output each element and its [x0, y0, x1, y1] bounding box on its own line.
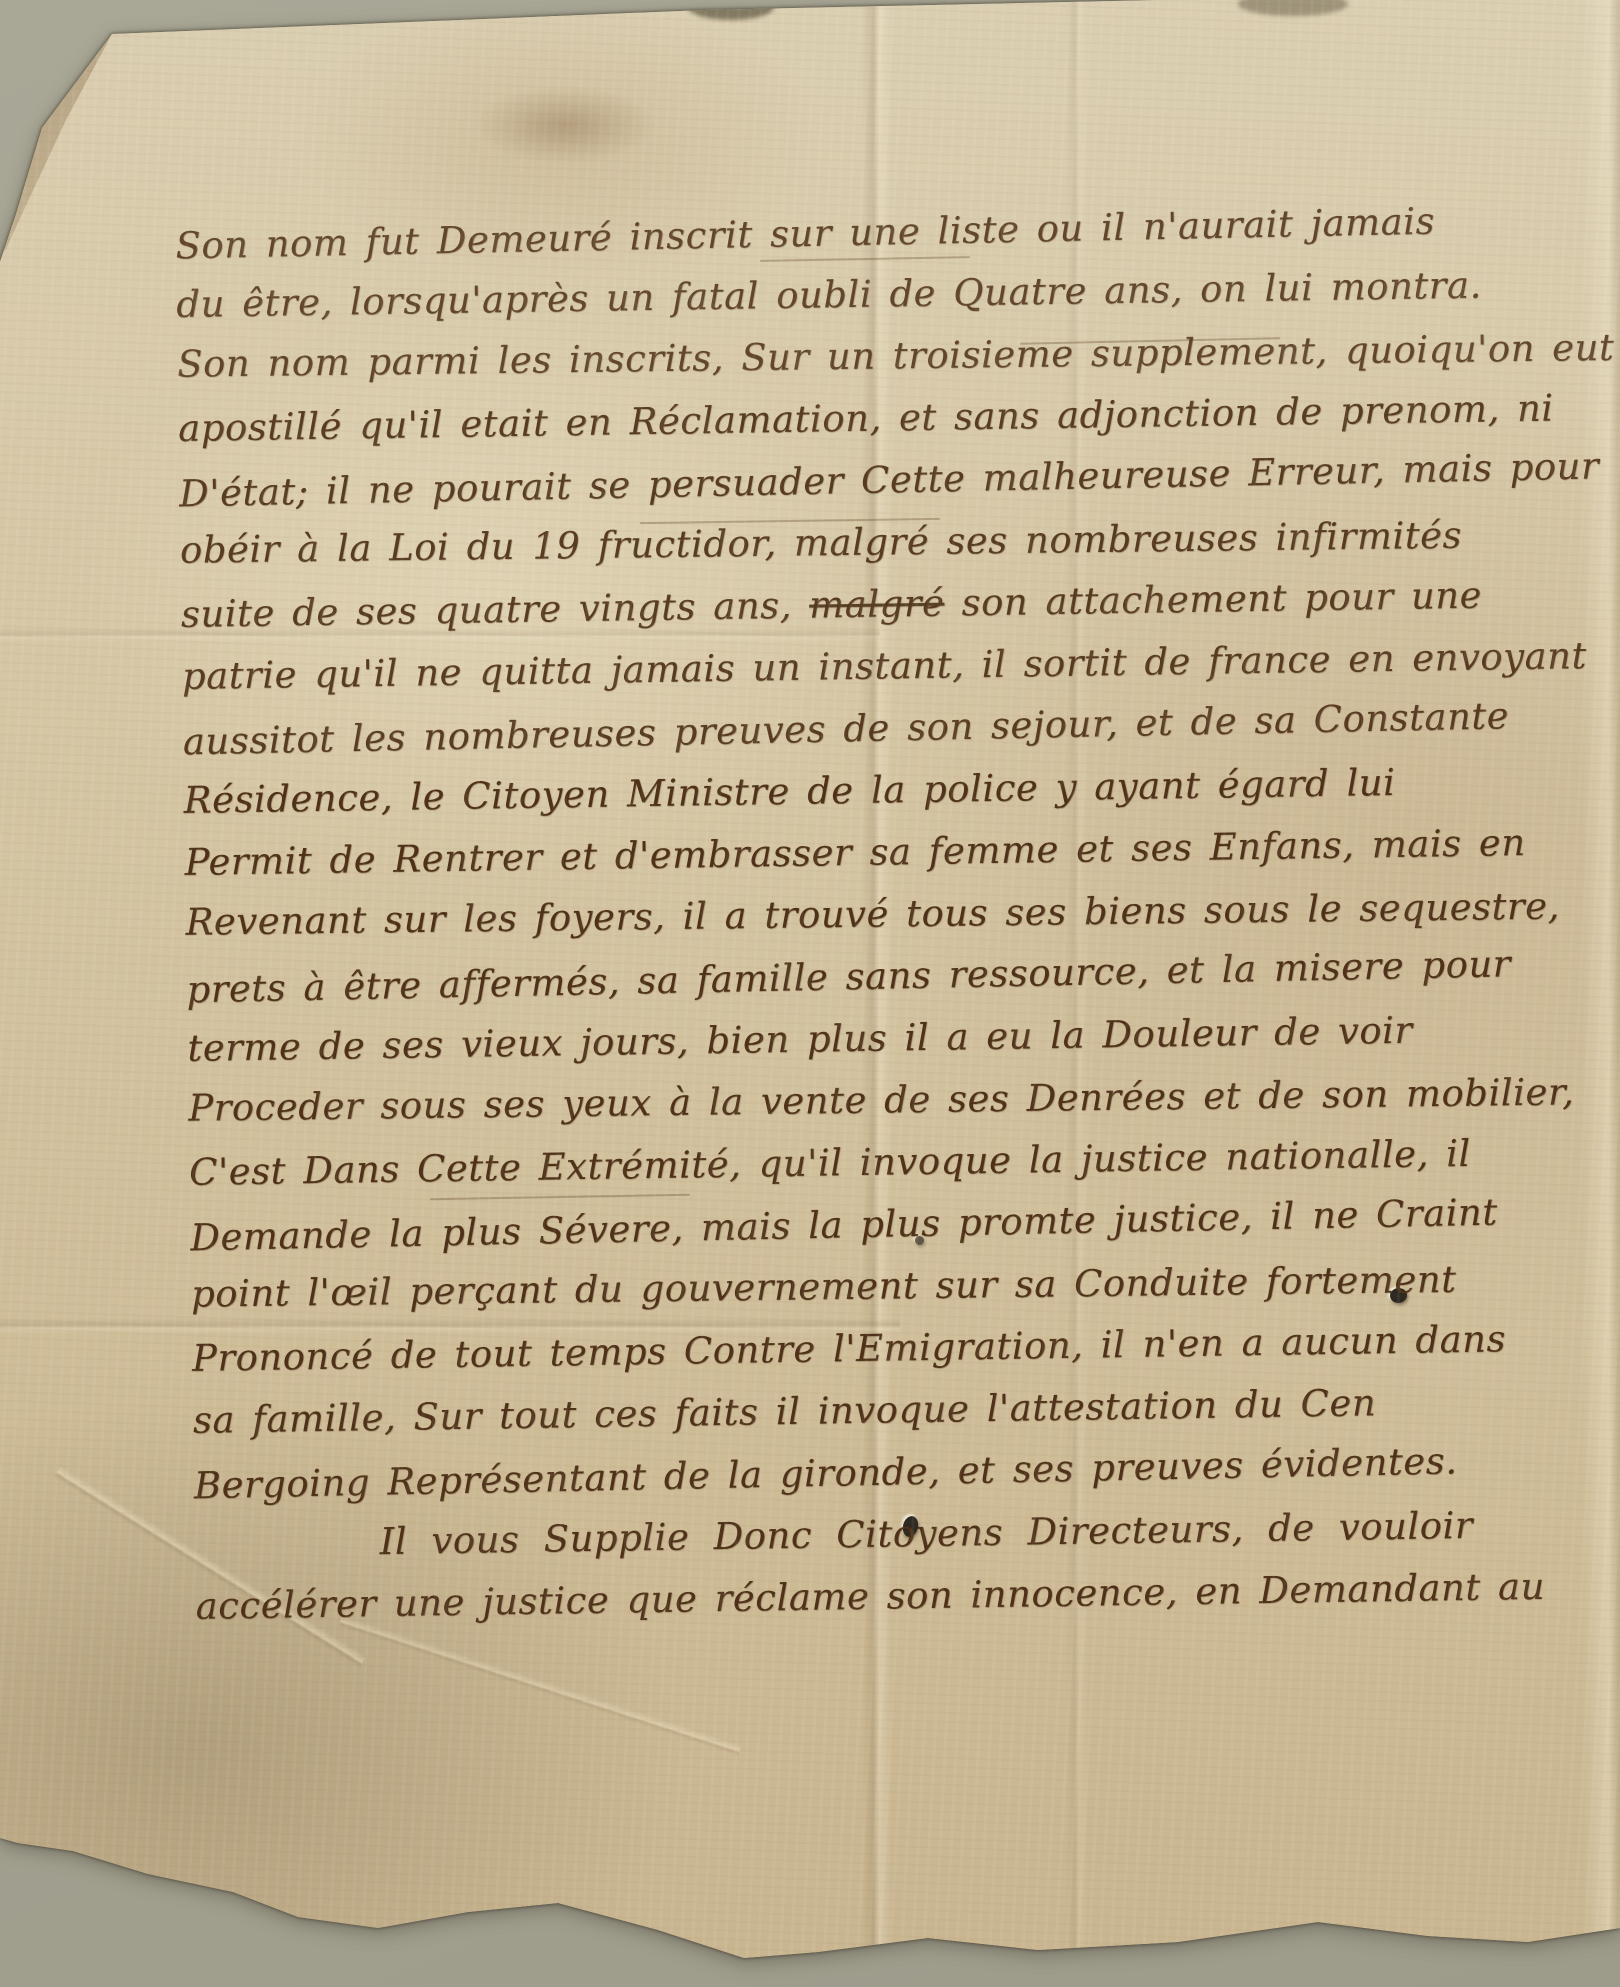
letter-line-text: suite de ses quatre vingts ans, [181, 584, 810, 636]
ink-smudge [1238, 0, 1348, 16]
photographed-letter-scene: Son nom fut Demeuré inscrit sur une list… [0, 0, 1620, 1987]
diagonal-wrinkle [338, 1615, 741, 1756]
handwritten-text-block: Son nom fut Demeuré inscrit sur une list… [175, 191, 1616, 1638]
aged-paper-sheet: Son nom fut Demeuré inscrit sur une list… [0, 0, 1620, 1987]
letter-line-text: son attachement pour une [944, 574, 1482, 625]
ink-smudge [688, 0, 774, 20]
struck-word: malgré [809, 582, 945, 627]
folded-corner [0, 0, 140, 250]
paper-sheet-wrapper: Son nom fut Demeuré inscrit sur une list… [0, 0, 1620, 1987]
